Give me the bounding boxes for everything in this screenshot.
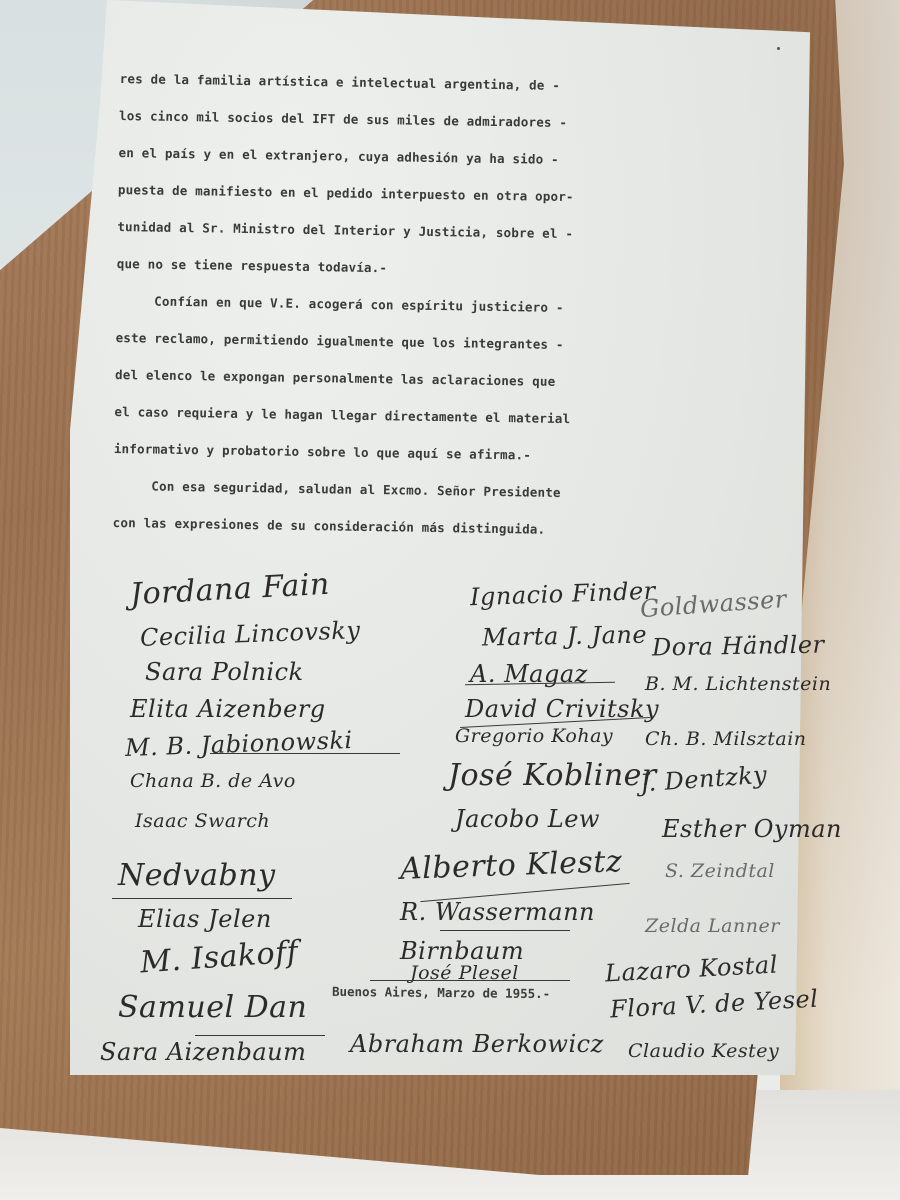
signature: Gregorio Kohay — [455, 725, 613, 747]
signature: Chana B. de Avo — [130, 770, 296, 792]
signature: Ch. B. Milsztain — [645, 728, 807, 750]
signature: Samuel Dan — [118, 990, 307, 1025]
signature-underline — [210, 753, 400, 754]
signature: José Kobliner — [448, 758, 657, 793]
signature: Elias Jelen — [138, 905, 272, 933]
signature-underline — [440, 930, 570, 931]
signature: Sara Aizenbaum — [100, 1038, 306, 1066]
signature: R. Wassermann — [400, 898, 595, 926]
signature: Marta J. Jane — [482, 621, 648, 652]
signature-underline — [112, 898, 292, 899]
signature: S. Zeindtal — [665, 860, 775, 882]
dateline: Buenos Aires, Marzo de 1955.- — [332, 984, 550, 1001]
signature: Elita Aizenberg — [130, 695, 326, 723]
signature: Jacobo Lew — [455, 805, 600, 833]
signature: Nedvabny — [118, 858, 276, 893]
signature: Zelda Lanner — [645, 915, 780, 937]
signature: Claudio Kestey — [628, 1040, 779, 1062]
signature-underline — [370, 980, 570, 981]
letter-body: res de la familia artística e intelectua… — [112, 60, 699, 550]
signature: Esther Oyman — [662, 815, 842, 843]
signature: Sara Polnick — [145, 658, 304, 686]
signature: Dora Händler — [652, 630, 825, 661]
signature-underline — [195, 1035, 325, 1036]
signature: Birnbaum — [400, 937, 524, 965]
signature: Isaac Swarch — [135, 810, 270, 832]
signature: Abraham Berkowicz — [350, 1030, 604, 1058]
signature: B. M. Lichtenstein — [645, 673, 831, 695]
ink-speck — [777, 47, 780, 50]
